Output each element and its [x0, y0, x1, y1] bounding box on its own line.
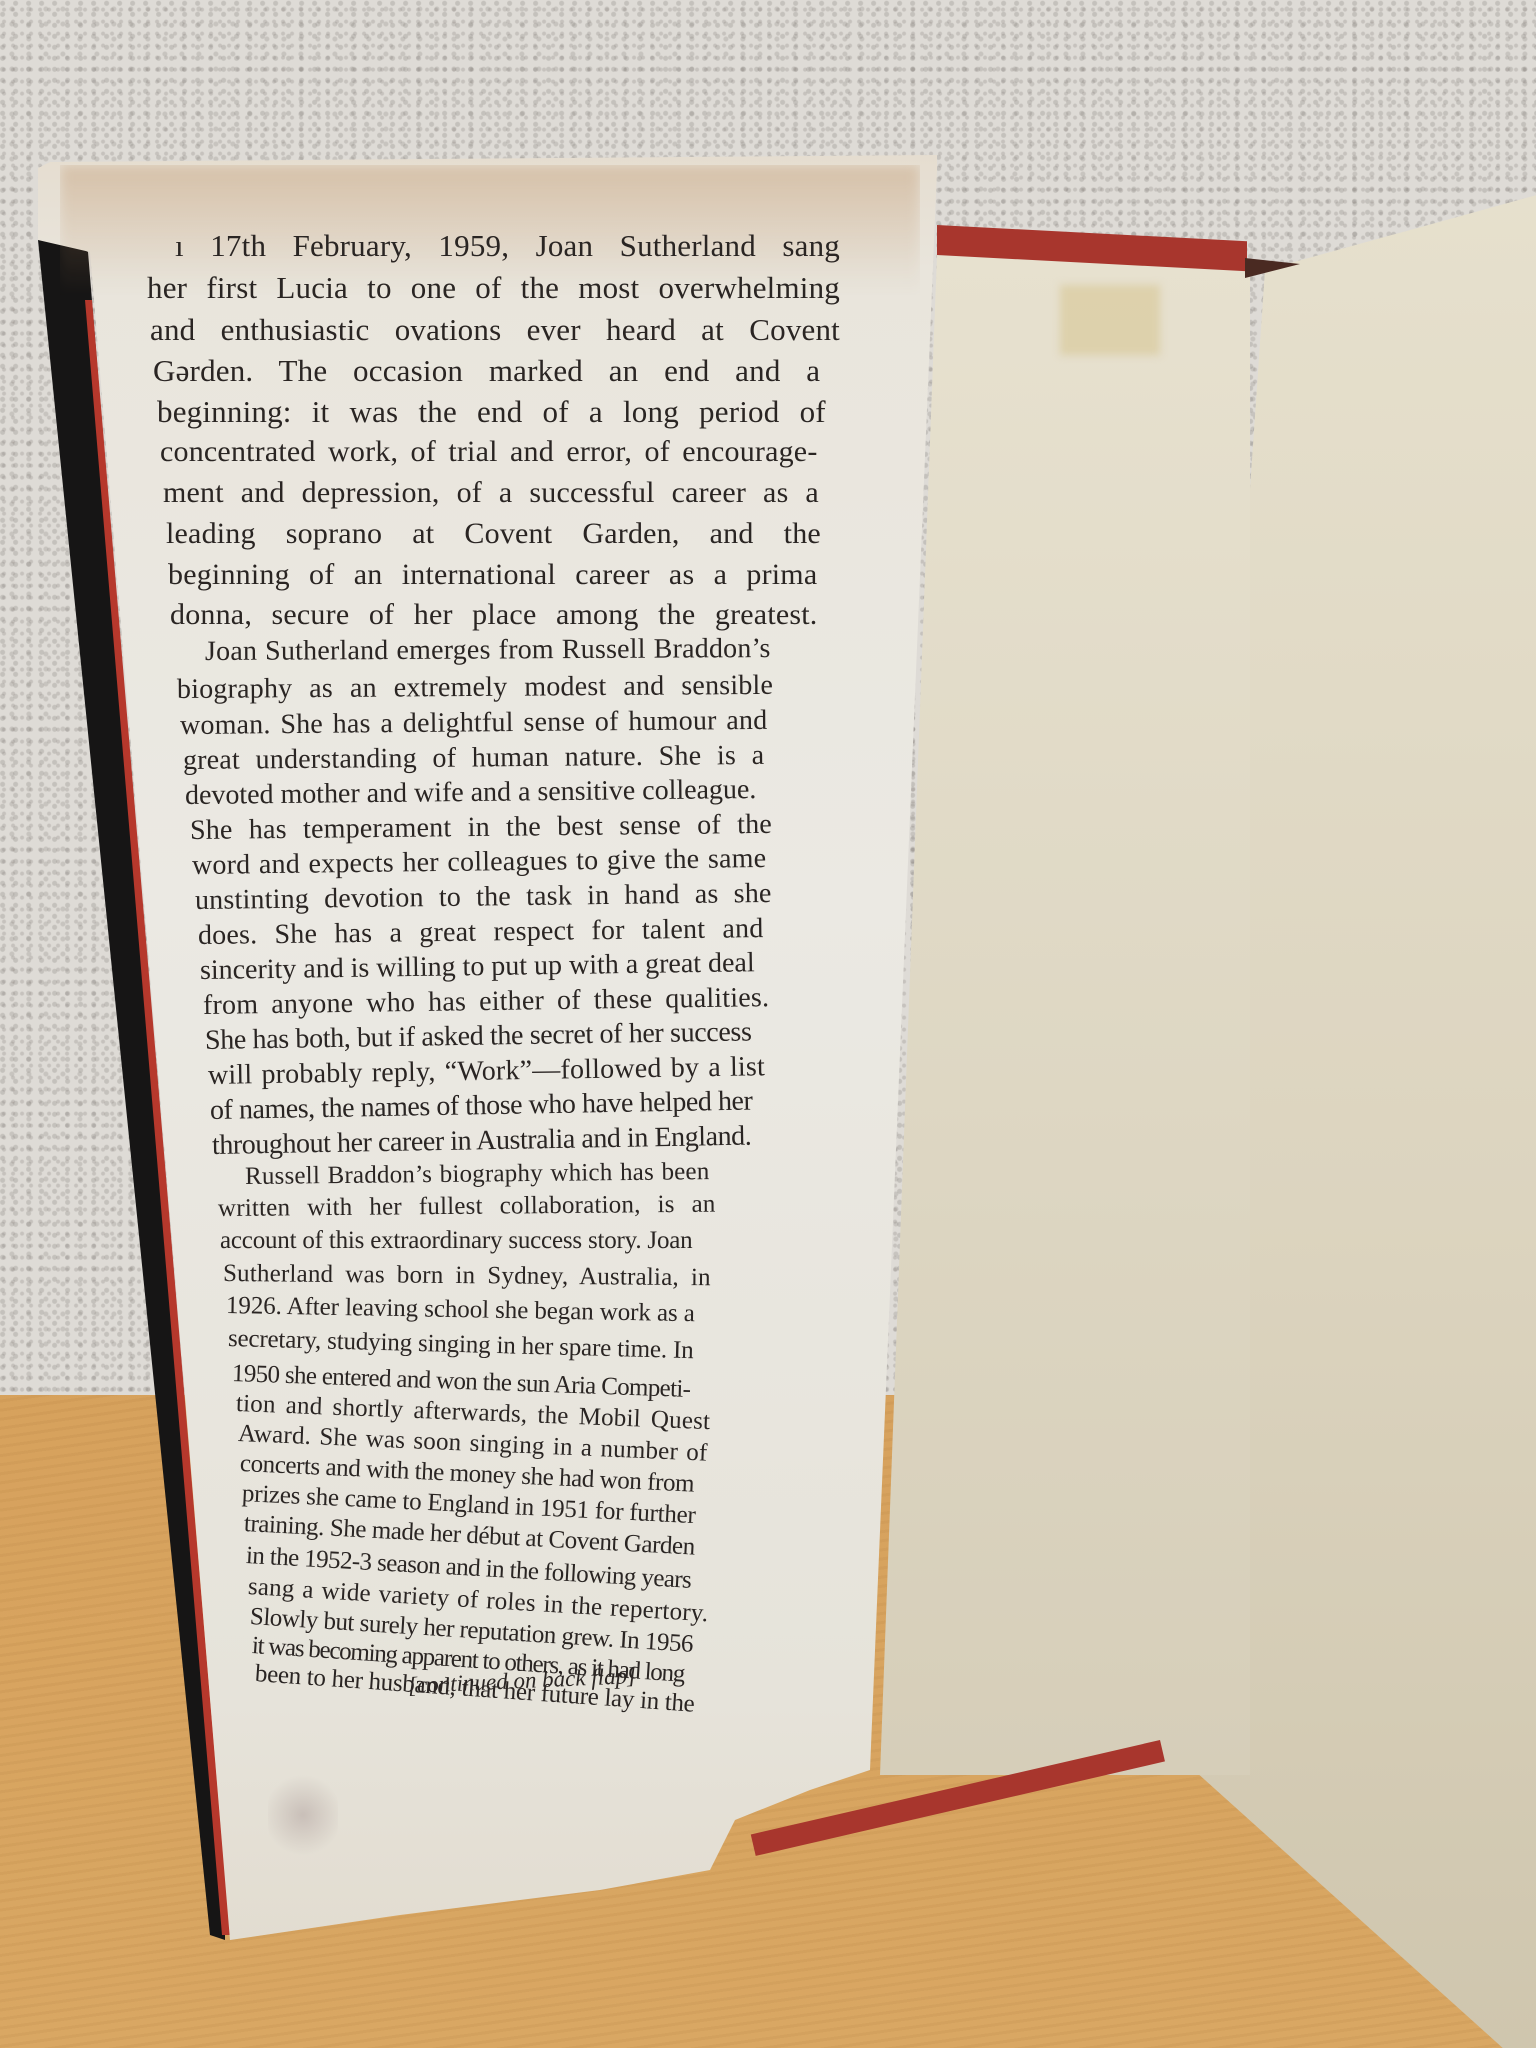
flap-text-line: account of this extraordinary success st… [220, 1227, 692, 1255]
flap-text-line: Russell Braddon’s biography which has be… [245, 1158, 710, 1191]
flap-text-line: her first Lucia to one of the most overw… [147, 270, 840, 306]
flap-text-line: beginning: it was the end of a long peri… [157, 394, 826, 430]
inside-cover-endpaper [880, 255, 1250, 1775]
flap-text-line: and enthusiastic ovations ever heard at … [150, 312, 840, 348]
flap-text-line: She has temperament in the best sense of… [190, 809, 772, 847]
flap-text-line: leading soprano at Covent Garden, and th… [166, 517, 821, 551]
flap-text-line: Sutherland was born in Sydney, Australia… [223, 1260, 711, 1292]
flap-text-line: great understanding of human nature. She… [183, 740, 765, 777]
flap-text-line: donna, secure of her place among the gre… [170, 598, 817, 632]
flap-text-line: Joan Sutherland emerges from Russell Bra… [205, 633, 771, 668]
flap-text-line: Gərden. The occasion marked an end and a [153, 353, 820, 389]
flap-text-line: biography as an extremely modest and sen… [177, 670, 773, 706]
flap-text-line: ment and depression, of a successful car… [163, 476, 819, 510]
flap-text-line: ı 17th February, 1959, Joan Sutherland s… [175, 228, 840, 264]
flap-text-line: woman. She has a delightful sense of hum… [180, 705, 768, 742]
flap-smudge [268, 1770, 338, 1860]
flap-text-line: written with her fullest collaboration, … [218, 1191, 716, 1223]
flap-text-line: concentrated work, of trial and error, o… [160, 435, 818, 469]
foxing-stain [1060, 285, 1160, 355]
flap-text-line: beginning of an international career as … [168, 558, 817, 592]
flap-text-line: devoted mother and wife and a sensitive … [185, 774, 757, 812]
